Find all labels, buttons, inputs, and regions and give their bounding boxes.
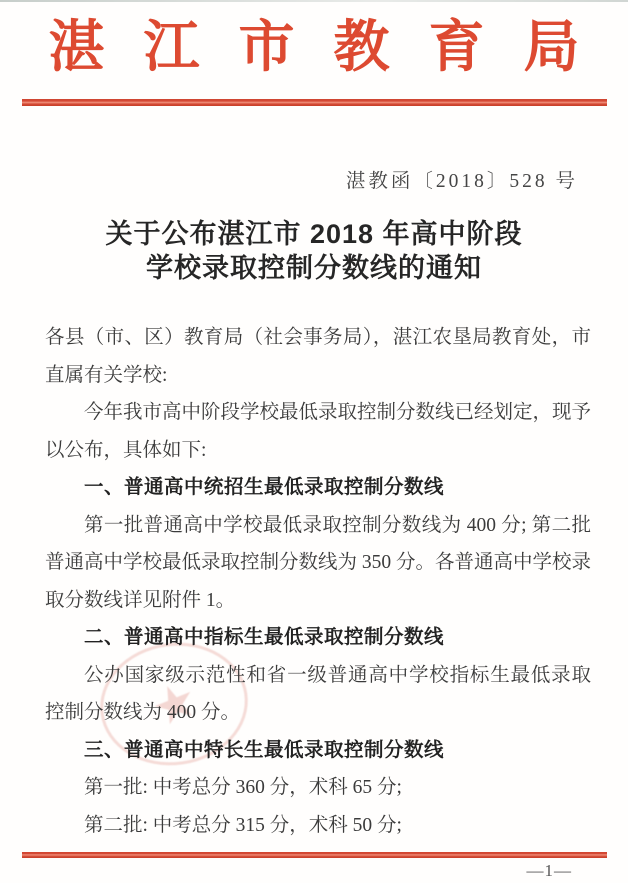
document-title-line2: 学校录取控制分数线的通知 [0, 251, 628, 285]
section-1-line: 第一批普通高中学校最低录取控制分数线为 400 分; 第二批 [45, 507, 591, 545]
section-1-line: 普通高中学校最低录取控制分数线为 350 分。各普通高中学校录 [45, 544, 591, 582]
document-page: 湛江市教育局 湛教函〔2018〕528 号 关于公布湛江市 2018 年高中阶段… [0, 0, 628, 883]
agency-name: 湛江市教育局 [0, 14, 628, 80]
document-title-line1: 关于公布湛江市 2018 年高中阶段 [0, 217, 628, 251]
intro-line: 今年我市高中阶段学校最低录取控制分数线已经划定，现予 [45, 394, 591, 432]
page-number: —1— [0, 861, 628, 881]
section-2-heading: 二、普通高中指标生最低录取控制分数线 [45, 619, 591, 657]
scan-edge-artifact [0, 0, 628, 2]
footer-red-rule [22, 852, 607, 858]
section-3-line: 第二批: 中考总分 315 分，术科 50 分; [45, 807, 591, 845]
document-title: 关于公布湛江市 2018 年高中阶段 学校录取控制分数线的通知 [0, 217, 628, 285]
section-3-line: 第一批: 中考总分 360 分，术科 65 分; [45, 769, 591, 807]
document-number: 湛教函〔2018〕528 号 [346, 165, 578, 193]
document-body: 各县（市、区）教育局（社会事务局），湛江农垦局教育处，市 直属有关学校: 今年我… [45, 319, 591, 844]
section-2-line: 控制分数线为 400 分。 [45, 694, 591, 732]
section-3-heading: 三、普通高中特长生最低录取控制分数线 [45, 732, 591, 770]
intro-line: 以公布，具体如下: [45, 432, 591, 470]
section-2-line: 公办国家级示范性和省一级普通高中学校指标生最低录取 [45, 657, 591, 695]
salutation-line: 各县（市、区）教育局（社会事务局），湛江农垦局教育处，市 [45, 319, 591, 357]
salutation-line: 直属有关学校: [45, 357, 591, 395]
header-red-rule [22, 99, 607, 106]
section-1-heading: 一、普通高中统招生最低录取控制分数线 [45, 469, 591, 507]
section-1-line: 取分数线详见附件 1。 [45, 582, 591, 620]
